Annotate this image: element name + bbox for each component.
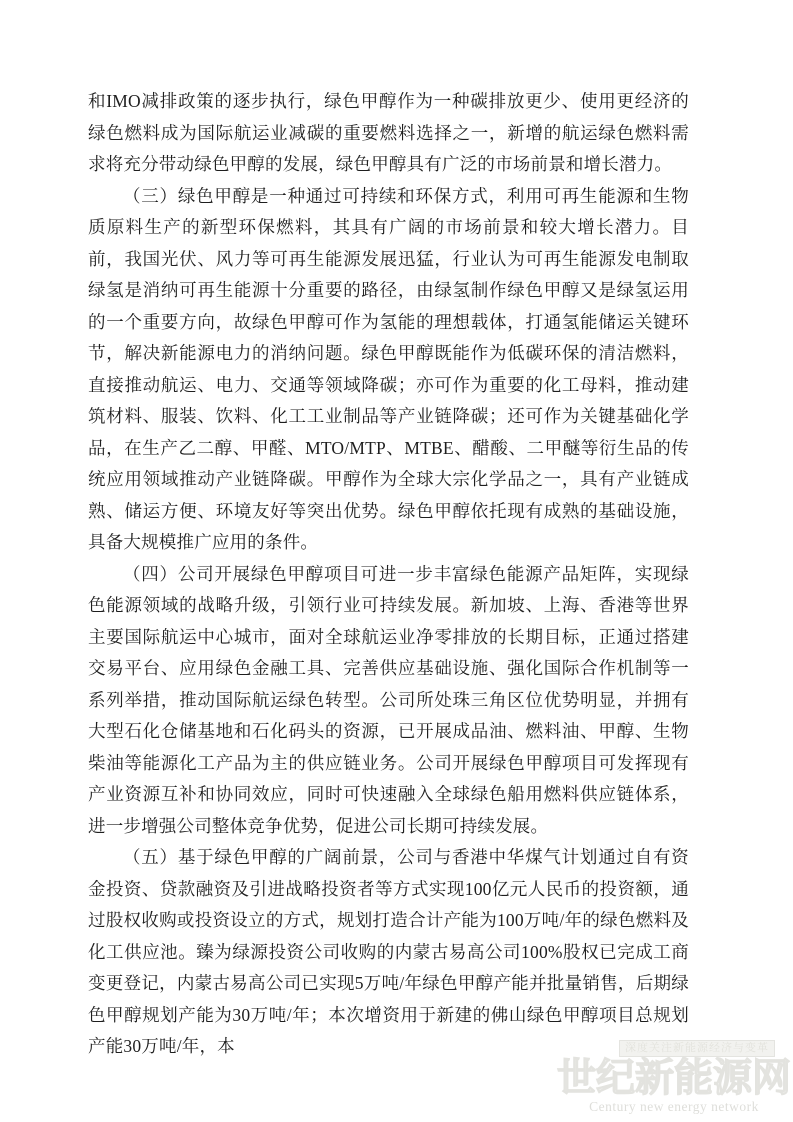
watermark-site-name: 世纪新能源网	[556, 1059, 792, 1099]
document-body: 和IMO减排政策的逐步执行，绿色甲醇作为一种碳排放更少、使用更经济的绿色燃料成为…	[88, 86, 689, 1063]
document-page: 和IMO减排政策的逐步执行，绿色甲醇作为一种碳排放更少、使用更经济的绿色燃料成为…	[0, 0, 793, 1122]
paragraph: （三）绿色甲醇是一种通过可持续和环保方式，利用可再生能源和生物质原料生产的新型环…	[88, 181, 689, 559]
paragraph: （五）基于绿色甲醇的广阔前景，公司与香港中华煤气计划通过自有资金投资、贷款融资及…	[88, 842, 689, 1063]
watermark-site-name-english: Century new energy network	[556, 1100, 792, 1114]
paragraph: （四）公司开展绿色甲醇项目可进一步丰富绿色能源产品矩阵，实现绿色能源领域的战略升…	[88, 559, 689, 843]
paragraph: 和IMO减排政策的逐步执行，绿色甲醇作为一种碳排放更少、使用更经济的绿色燃料成为…	[88, 86, 689, 181]
